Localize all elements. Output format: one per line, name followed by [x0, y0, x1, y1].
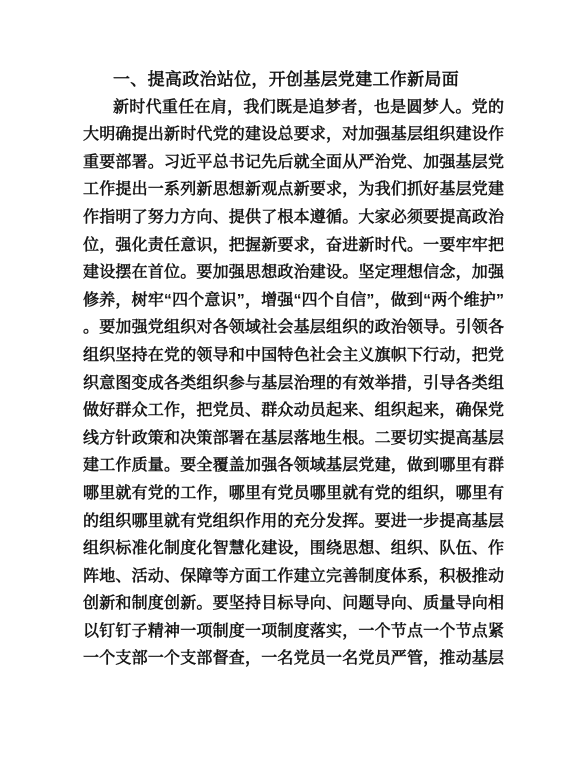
body-line: 一个支部一个支部督查，一名党员一名党员严管，推动基层党 [83, 645, 504, 673]
body-line: 织意图变成各类组织参与基层治理的有效举措，引导各类组织 [83, 370, 504, 398]
body-line: 以钉钉子精神一项制度一项制度落实，一个节点一个节点紧盯， [83, 618, 504, 646]
body-line: 作指明了努力方向、提供了根本遵循。大家必须要提高政治站 [83, 204, 504, 232]
body-line: 组织标准化制度化智慧化建设，围绕思想、组织、队伍、作风、 [83, 535, 504, 563]
body-line: 建工作质量。要全覆盖加强各领域基层党建，做到哪里有群众 [83, 452, 504, 480]
body-line: 做好群众工作，把党员、群众动员起来、组织起来，确保党的路 [83, 397, 504, 425]
body-line: 线方针政策和决策部署在基层落地生根。二要切实提高基层党 [83, 425, 504, 453]
body-line: 的组织哪里就有党组织作用的充分发挥。要进一步提高基层党 [83, 508, 504, 536]
body-line: 建设摆在首位。要加强思想政治建设。坚定理想信念，加强党性 [83, 259, 504, 287]
body-line: 重要部署。习近平总书记先后就全面从严治党、加强基层党建 [83, 149, 504, 177]
body-line: 哪里就有党的工作，哪里有党员哪里就有党的组织，哪里有党 [83, 480, 504, 508]
section-heading: 一、提高政治站位，开创基层党建工作新局面 [83, 66, 504, 94]
body-line: 工作提出一系列新思想新观点新要求，为我们抓好基层党建工 [83, 176, 504, 204]
body-line: 位，强化责任意识，把握新要求，奋进新时代。一要牢牢把政治 [83, 232, 504, 260]
body-line: 修养，树牢“四个意识”，增强“四个自信”，做到“两个维护” [83, 287, 504, 315]
document-text-block: 一、提高政治站位，开创基层党建工作新局面 新时代重任在肩，我们既是追梦者，也是圆… [83, 66, 504, 673]
body-line: 创新和制度创新。要坚持目标导向、问题导向、质量导向相结合， [83, 590, 504, 618]
body-line: 。要加强党组织对各领域社会基层组织的政治领导。引领各类 [83, 314, 504, 342]
body-line: 阵地、活动、保障等方面工作建立完善制度体系，积极推动工作 [83, 563, 504, 591]
body-line: 新时代重任在肩，我们既是追梦者，也是圆梦人。党的二十 [83, 94, 504, 122]
document-page: 一、提高政治站位，开创基层党建工作新局面 新时代重任在肩，我们既是追梦者，也是圆… [0, 0, 586, 759]
body-line: 组织坚持在党的领导和中国特色社会主义旗帜下行动，把党组 [83, 342, 504, 370]
body-line: 大明确提出新时代党的建设总要求，对加强基层组织建设作出 [83, 121, 504, 149]
